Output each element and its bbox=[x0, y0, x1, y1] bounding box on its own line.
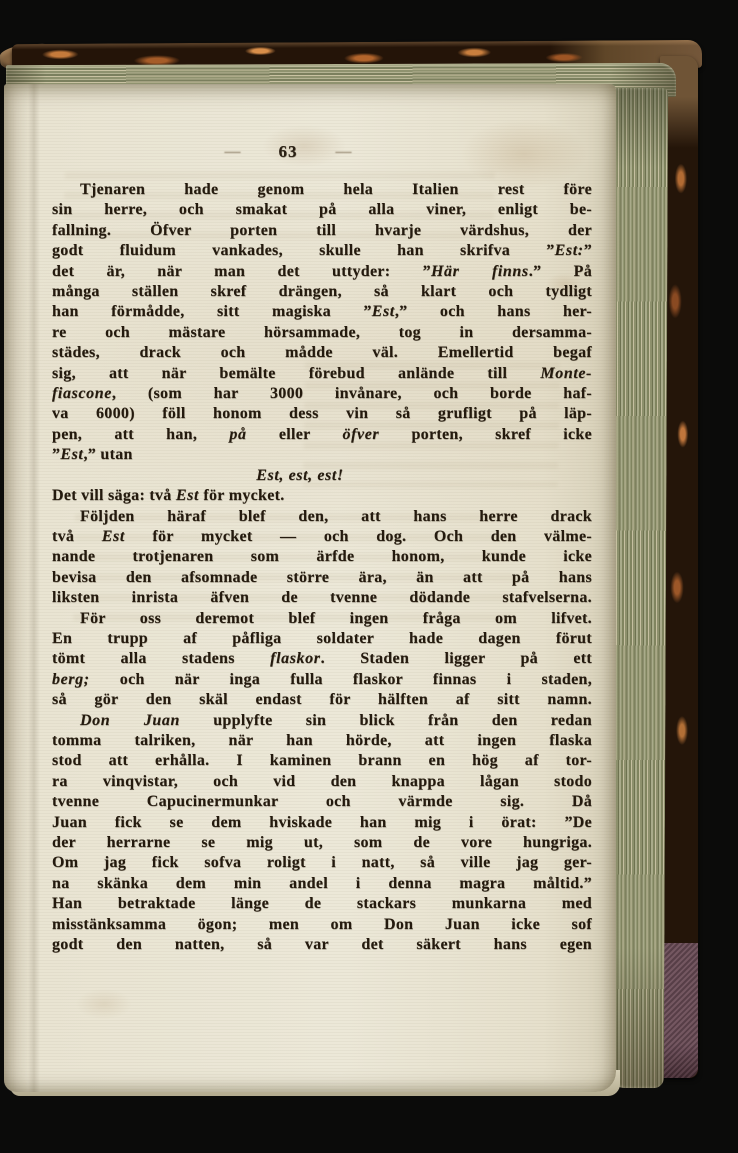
text-line: så gör den skäl endast för hälften af si… bbox=[52, 690, 592, 710]
text-segment: , (som har bbox=[112, 385, 270, 402]
text-segment: Juan fick se dem hviskade han mig i örat… bbox=[52, 814, 592, 831]
text-line: Don Juan upplyfte sin blick från den red… bbox=[52, 711, 592, 731]
text-line: tömt alla stadens flaskor. Staden ligger… bbox=[52, 649, 592, 669]
text-line: sin herre, och smakat på alla viner, enl… bbox=[52, 200, 592, 220]
text-line: städes, drack och mådde väl. Emellertid … bbox=[52, 343, 592, 363]
text-line: pen, att han, på eller öfver porten, skr… bbox=[52, 425, 592, 445]
text-segment: ) föll honom dess vin så grufligt på läp… bbox=[129, 405, 592, 422]
text-segment: na skänka dem min andel i denna magra må… bbox=[52, 875, 592, 892]
body-text: Tjenaren hade genom hela Italien rest fö… bbox=[52, 180, 592, 955]
text-segment: va bbox=[52, 405, 96, 422]
italic-text: på bbox=[229, 426, 246, 443]
text-segment: två bbox=[52, 528, 102, 545]
text-segment: ” bbox=[584, 242, 592, 259]
text-segment: En trupp af påfliga soldater hade dagen … bbox=[52, 630, 592, 647]
text-line: berg; och när inga fulla flaskor finnas … bbox=[52, 670, 592, 690]
italic-text: öfver bbox=[342, 426, 379, 443]
text-line: Om jag fick sofva roligt i natt, så vill… bbox=[52, 853, 592, 873]
italic-text: Est: bbox=[555, 242, 584, 259]
text-segment: För oss deremot blef ingen fråga om lifv… bbox=[80, 610, 592, 627]
text-segment: Om jag fick sofva roligt i natt, så vill… bbox=[52, 854, 592, 871]
text-segment: sig, att när bemälte förebud anlände til… bbox=[52, 365, 540, 382]
text-line: Est, est, est! bbox=[30, 466, 570, 486]
text-line: För oss deremot blef ingen fråga om lifv… bbox=[52, 609, 592, 629]
text-line: två Est för mycket — och dog. Och den vä… bbox=[52, 527, 592, 547]
book-cover-corner-cloth bbox=[660, 943, 698, 1078]
text-segment: eller bbox=[247, 426, 343, 443]
page-number: 63 bbox=[279, 142, 298, 162]
page-stack-fore-edge bbox=[610, 88, 668, 1088]
text-line: Följden häraf blef den, att hans herre d… bbox=[52, 507, 592, 527]
text-segment: sin herre, och smakat på alla viner, enl… bbox=[52, 201, 592, 218]
text-line: Det vill säga: två Est för mycket. bbox=[52, 486, 592, 506]
text-segment: 3000 bbox=[270, 385, 303, 402]
italic-text: flaskor bbox=[270, 650, 320, 667]
photo-background: — 63 — Tjenaren hade genom hela Italien … bbox=[0, 0, 738, 1153]
text-line: tvenne Capucinermunkar och värmde sig. D… bbox=[52, 792, 592, 812]
text-line: många ställen skref drängen, så klart oc… bbox=[52, 282, 592, 302]
italic-text: berg; bbox=[52, 671, 90, 688]
italic-text: Est bbox=[102, 528, 125, 545]
italic-text: Est, est, est! bbox=[256, 467, 344, 484]
text-segment: nande trotjenaren som ärfde honom, kunde… bbox=[52, 548, 592, 565]
text-line: Juan fick se dem hviskade han mig i örat… bbox=[52, 813, 592, 833]
text-line: han förmådde, sitt magiska ”Est,” och ha… bbox=[52, 302, 592, 322]
text-segment: invånare, och borde haf- bbox=[303, 385, 592, 402]
book-page: — 63 — Tjenaren hade genom hela Italien … bbox=[4, 84, 616, 1092]
text-line: der herrarne se mig ut, som de vore hung… bbox=[52, 833, 592, 853]
page-number-dash-right: — bbox=[336, 143, 352, 161]
text-line: re och mästare hörsammade, tog in dersam… bbox=[52, 323, 592, 343]
text-line: tomma talriken, när han hörde, att ingen… bbox=[52, 731, 592, 751]
text-segment: så gör den skäl endast för hälften af si… bbox=[52, 691, 592, 708]
text-line: bevisa den afsomnade större ära, än att … bbox=[52, 568, 592, 588]
text-line: En trupp af påfliga soldater hade dagen … bbox=[52, 629, 592, 649]
text-line: godt fluidum vankades, skulle han skrifv… bbox=[52, 241, 592, 261]
text-line: nande trotjenaren som ärfde honom, kunde… bbox=[52, 547, 592, 567]
text-segment: liksten inrista äfven de tvenne dödande … bbox=[52, 589, 592, 606]
italic-text: Est bbox=[60, 446, 83, 463]
text-line: Tjenaren hade genom hela Italien rest fö… bbox=[52, 180, 592, 200]
text-line: Han betraktade länge de stackars munkarn… bbox=[52, 894, 592, 914]
text-line: va 6000) föll honom dess vin så grufligt… bbox=[52, 404, 592, 424]
text-line: det är, när man det uttyder: ”Här finns.… bbox=[52, 262, 592, 282]
gutter-crease bbox=[28, 84, 40, 1092]
text-segment: misstänksamma ögon; men om Don Juan icke… bbox=[52, 916, 592, 933]
italic-text: Monte- bbox=[540, 365, 592, 382]
text-segment: många ställen skref drängen, så klart oc… bbox=[52, 283, 592, 300]
text-line: fiascone, (som har 3000 invånare, och bo… bbox=[52, 384, 592, 404]
text-segment: han förmådde, sitt magiska ” bbox=[52, 303, 372, 320]
text-segment: Följden häraf blef den, att hans herre d… bbox=[80, 508, 592, 525]
text-segment: Tjenaren hade genom hela Italien rest fö… bbox=[80, 181, 592, 198]
text-segment: tvenne Capucinermunkar och värmde sig. D… bbox=[52, 793, 592, 810]
text-segment: pen, att han, bbox=[52, 426, 229, 443]
text-segment: fallning. Öfver porten till hvarje värds… bbox=[52, 222, 592, 239]
italic-text: Don Juan bbox=[80, 712, 180, 729]
text-segment: städes, drack och mådde väl. Emellertid … bbox=[52, 344, 592, 361]
text-line: ra vinqvistar, och vid den knappa lågan … bbox=[52, 772, 592, 792]
text-segment: Det vill säga: två bbox=[52, 487, 176, 504]
text-segment: Han betraktade länge de stackars munkarn… bbox=[52, 895, 592, 912]
text-segment: för mycket. bbox=[199, 487, 285, 504]
text-segment: stod att erhålla. I kaminen brann en hög… bbox=[52, 752, 592, 769]
text-segment: tomma talriken, när han hörde, att ingen… bbox=[52, 732, 592, 749]
italic-text: fiascone bbox=[52, 385, 112, 402]
italic-text: Est bbox=[176, 487, 199, 504]
text-segment: ,” utan bbox=[83, 446, 132, 463]
text-line: sig, att när bemälte förebud anlände til… bbox=[52, 364, 592, 384]
italic-text: Här finns bbox=[431, 263, 529, 280]
text-segment: godt den natten, så var det säkert hans … bbox=[52, 936, 592, 953]
text-segment: ,” och hans her- bbox=[395, 303, 592, 320]
text-segment: re och mästare hörsammade, tog in dersam… bbox=[52, 324, 592, 341]
text-line: godt den natten, så var det säkert hans … bbox=[52, 935, 592, 955]
text-segment: det är, när man det uttyder: ” bbox=[52, 263, 431, 280]
text-line: na skänka dem min andel i denna magra må… bbox=[52, 874, 592, 894]
page-number-row: — 63 — bbox=[0, 142, 594, 162]
text-segment: .” På bbox=[529, 263, 592, 280]
text-segment: bevisa den afsomnade större ära, än att … bbox=[52, 569, 592, 586]
text-segment: och när inga fulla flaskor finnas i stad… bbox=[90, 671, 592, 688]
text-segment: för mycket — och dog. Och den välme- bbox=[125, 528, 592, 545]
text-line: liksten inrista äfven de tvenne dödande … bbox=[52, 588, 592, 608]
text-segment: godt fluidum vankades, skulle han skrifv… bbox=[52, 242, 555, 259]
text-line: stod att erhålla. I kaminen brann en hög… bbox=[52, 751, 592, 771]
text-line: misstänksamma ögon; men om Don Juan icke… bbox=[52, 915, 592, 935]
text-segment: tömt alla stadens bbox=[52, 650, 270, 667]
text-segment: 6000 bbox=[96, 405, 129, 422]
text-line: fallning. Öfver porten till hvarje värds… bbox=[52, 221, 592, 241]
text-segment: porten, skref icke bbox=[379, 426, 592, 443]
text-segment: der herrarne se mig ut, som de vore hung… bbox=[52, 834, 592, 851]
text-line: ”Est,” utan bbox=[52, 445, 592, 465]
text-segment: . Staden ligger på ett bbox=[321, 650, 592, 667]
page-number-dash-left: — bbox=[225, 143, 241, 161]
text-segment: upplyfte sin blick från den redan bbox=[180, 712, 592, 729]
text-segment: ra vinqvistar, och vid den knappa lågan … bbox=[52, 773, 592, 790]
italic-text: Est bbox=[372, 303, 395, 320]
